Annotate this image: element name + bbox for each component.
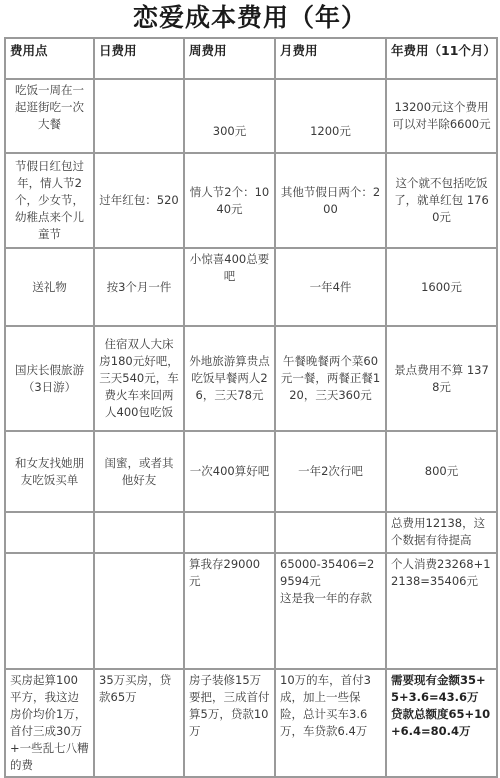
cell-item: 吃饭一周在一起逛街吃一次大餐 [5,79,94,153]
cell-daily: 按3个月一件 [94,248,184,326]
cell-weekly [184,512,275,553]
cell-monthly: 一年4件 [275,248,386,326]
cell-item [5,553,94,669]
cell-monthly: 午餐晚餐两个菜60元一餐，两餐正餐120，三天360元 [275,326,386,431]
cell-yearly: 这个就不包括吃饭了，就单红包 1760元 [386,153,497,248]
table-row: 送礼物 按3个月一件 小惊喜400总要吧 一年4件 1600元 [5,248,497,326]
header-yearly: 年费用（11个月） [386,38,497,79]
cell-item: 节假日红包过年，情人节2个，少女节，幼稚点来个儿童节 [5,153,94,248]
cell-daily: 闺蜜，或者其他好友 [94,431,184,512]
header-monthly: 月费用 [275,38,386,79]
cell-yearly: 个人消费23268+12138=35406元 [386,553,497,669]
cell-daily [94,79,184,153]
cell-item: 国庆长假旅游（3日游） [5,326,94,431]
cell-daily: 35万买房，贷款65万 [94,669,184,777]
table-row: 国庆长假旅游（3日游） 住宿双人大床房180元好吧，三天540元，车费火车来回两… [5,326,497,431]
table-row: 节假日红包过年，情人节2个，少女节，幼稚点来个儿童节 过年红包：520 情人节2… [5,153,497,248]
cell-daily [94,512,184,553]
cell-monthly: 其他节假日两个：200 [275,153,386,248]
header-weekly: 周费用 [184,38,275,79]
cell-weekly: 房子装修15万要把，三成首付算5万，贷款10万 [184,669,275,777]
cell-item: 送礼物 [5,248,94,326]
cell-yearly: 景点费用不算 1378元 [386,326,497,431]
cell-daily: 住宿双人大床房180元好吧，三天540元，车费火车来回两人400包吃饭 [94,326,184,431]
cell-yearly: 13200元这个费用可以对半除6600元 [386,79,497,153]
cell-weekly: 小惊喜400总要吧 [184,248,275,326]
cell-item: 买房起算100平方，我这边房价均价1万，首付三成30万+一些乱七八糟的费 [5,669,94,777]
header-daily: 日费用 [94,38,184,79]
cell-monthly: 10万的车，首付3成，加上一些保险，总计买车3.6万，车贷款6.4万 [275,669,386,777]
table-row: 吃饭一周在一起逛街吃一次大餐 300元 1200元 13200元这个费用可以对半… [5,79,497,153]
cell-daily [94,553,184,669]
table-row: 和女友找她朋友吃饭买单 闺蜜，或者其他好友 一次400算好吧 一年2次行吧 80… [5,431,497,512]
cell-monthly: 1200元 [275,79,386,153]
cell-weekly: 外地旅游算贵点吃饭早餐两人26，三天78元 [184,326,275,431]
cell-yearly: 总费用12138，这个数据有待提高 [386,512,497,553]
cell-item: 和女友找她朋友吃饭买单 [5,431,94,512]
header-cost-item: 费用点 [5,38,94,79]
cell-yearly: 1600元 [386,248,497,326]
table-header-row: 费用点 日费用 周费用 月费用 年费用（11个月） [5,38,497,79]
cell-monthly: 65000-35406=29594元 这是我一年的存款 [275,553,386,669]
cell-yearly: 800元 [386,431,497,512]
cell-monthly [275,512,386,553]
table-row: 算我存29000元 65000-35406=29594元 这是我一年的存款 个人… [5,553,497,669]
cell-weekly: 情人节2个：1040元 [184,153,275,248]
table-row: 买房起算100平方，我这边房价均价1万，首付三成30万+一些乱七八糟的费 35万… [5,669,497,777]
page-title: 恋爱成本费用（年） [0,0,500,37]
cell-daily: 过年红包：520 [94,153,184,248]
table-row: 总费用12138，这个数据有待提高 [5,512,497,553]
cell-yearly: 需要现有金额35+5+3.6=43.6万 贷款总额度65+10+6.4=80.4… [386,669,497,777]
cell-item [5,512,94,553]
cost-table: 费用点 日费用 周费用 月费用 年费用（11个月） 吃饭一周在一起逛街吃一次大餐… [4,37,498,777]
cell-weekly: 算我存29000元 [184,553,275,669]
cell-weekly: 300元 [184,79,275,153]
cell-weekly: 一次400算好吧 [184,431,275,512]
cell-monthly: 一年2次行吧 [275,431,386,512]
